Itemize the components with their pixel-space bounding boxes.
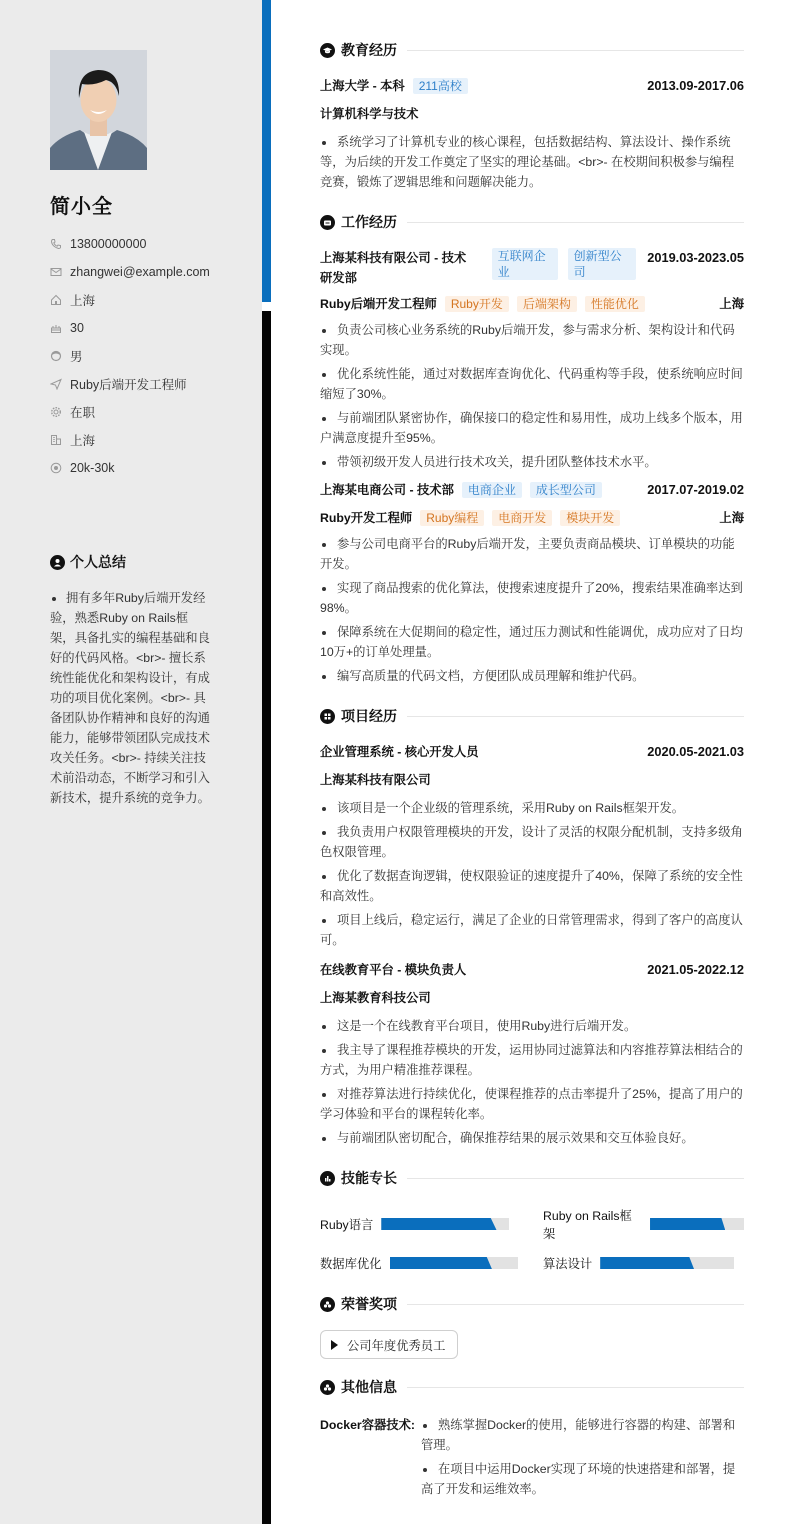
projects-section-title: 项目经历: [320, 702, 744, 730]
info-salary: 20k-30k: [50, 454, 210, 482]
skill-tag: 后端架构: [517, 296, 577, 312]
skill-item: Ruby on Rails框架: [543, 1206, 744, 1242]
project-item: 企业管理系统 - 核心开发人员 2020.05-2021.03 上海某科技有限公…: [320, 742, 744, 950]
company-name: 上海某电商公司 - 技术部: [320, 483, 454, 497]
section-divider: [407, 50, 744, 51]
work-section-title: 工作经历: [320, 208, 744, 236]
list-item: 参与公司电商平台的Ruby后端开发，主要负责商品模块、订单模块的功能开发。: [320, 534, 744, 574]
section-divider: [407, 716, 744, 717]
summary-section-title: 个人总结: [50, 552, 126, 572]
list-item: 我负责用户权限管理模块的开发，设计了灵活的权限分配机制，支持多级角色权限管理。: [320, 822, 744, 862]
project-date: 2020.05-2021.03: [647, 742, 744, 762]
contact-info-list: 13800000000 zhangwei@example.com 上海 30 男…: [50, 230, 210, 482]
user-icon: [50, 555, 65, 570]
other-item-label: Docker容器技术:: [320, 1415, 415, 1503]
bullet-dot: [52, 597, 56, 601]
other-item: Docker容器技术: 熟练掌握Docker的使用，能够进行容器的构建、部署和管…: [320, 1415, 744, 1503]
skill-item: 数据库优化: [320, 1254, 521, 1272]
project-name: 在线教育平台 - 模块负责人: [320, 960, 466, 980]
section-divider: [407, 1387, 744, 1388]
skill-tag: Ruby开发: [445, 296, 509, 312]
work-item: 上海某电商公司 - 技术部电商企业成长型公司 2017.07-2019.02 R…: [320, 482, 744, 686]
list-item: 对推荐算法进行持续优化，使课程推荐的点击率提升了25%，提高了用户的学习体验和平…: [320, 1084, 744, 1124]
play-triangle-icon: [331, 1340, 338, 1350]
list-item: 编写高质量的代码文档，方便团队成员理解和维护代码。: [320, 666, 744, 686]
project-bullets: 该项目是一个企业级的管理系统，采用Ruby on Rails框架开发。 我负责用…: [320, 798, 744, 950]
age-icon: [50, 322, 62, 334]
info-phone: 13800000000: [50, 230, 210, 258]
skill-bar: [381, 1218, 509, 1230]
skills-grid: Ruby语言 Ruby on Rails框架 数据库优化 算法设计: [320, 1206, 744, 1272]
section-divider: [407, 1304, 744, 1305]
candidate-name: 简小全: [50, 190, 113, 219]
list-item: 这是一个在线教育平台项目，使用Ruby进行后端开发。: [320, 1016, 744, 1036]
send-icon: [50, 378, 62, 390]
accent-bar: [262, 0, 271, 302]
list-item: 系统学习了计算机专业的核心课程，包括数据结构、算法设计、操作系统等，为后续的开发…: [320, 132, 744, 192]
list-item: 带领初级开发人员进行技术攻关，提升团队整体技术水平。: [320, 452, 744, 472]
skill-item: Ruby语言: [320, 1206, 521, 1242]
info-city: 上海: [50, 426, 210, 454]
list-item: 与前端团队密切配合，确保推荐结果的展示效果和交互体验良好。: [320, 1128, 744, 1148]
education-section-title: 教育经历: [320, 36, 744, 64]
job-location: 上海: [719, 296, 744, 312]
skill-bar: [390, 1257, 518, 1269]
project-bullets: 这是一个在线教育平台项目，使用Ruby进行后端开发。 我主导了课程推荐模块的开发…: [320, 1016, 744, 1148]
list-item: 熟练掌握Docker的使用，能够进行容器的构建、部署和管理。: [421, 1415, 744, 1455]
salary-icon: [50, 462, 62, 474]
skill-bar: [650, 1218, 744, 1230]
education-item: 上海大学 - 本科211高校 2013.09-2017.06 计算机科学与技术 …: [320, 76, 744, 192]
work-bullets: 负责公司核心业务系统的Ruby后端开发，参与需求分析、架构设计和代码实现。 优化…: [320, 320, 744, 472]
divider-bar: [262, 311, 271, 1524]
info-icon: [320, 1380, 335, 1395]
skill-tag: 模块开发: [560, 510, 620, 526]
section-divider: [407, 222, 744, 223]
project-date: 2021.05-2022.12: [647, 960, 744, 980]
section-divider: [407, 1178, 744, 1179]
list-item: 优化了数据查询逻辑，使权限验证的速度提升了40%，保障了系统的安全性和高效性。: [320, 866, 744, 906]
list-item: 实现了商品搜索的优化算法，使搜索速度提升了20%，搜索结果准确率达到98%。: [320, 578, 744, 618]
work-date: 2019.03-2023.05: [647, 248, 744, 268]
company-tag: 成长型公司: [530, 482, 602, 498]
skill-bar-fill: [381, 1218, 496, 1230]
info-gender: 男: [50, 342, 210, 370]
other-section-title: 其他信息: [320, 1373, 744, 1401]
grid-icon: [320, 709, 335, 724]
skill-bar: [600, 1257, 734, 1269]
list-item: 在项目中运用Docker实现了环境的快速搭建和部署，提高了开发和运维效率。: [421, 1459, 744, 1499]
summary-text: 拥有多年Ruby后端开发经验，熟悉Ruby on Rails框架，具备扎实的编程…: [50, 588, 212, 808]
info-age: 30: [50, 314, 210, 342]
skills-section-title: 技能专长: [320, 1164, 744, 1192]
list-item: 该项目是一个企业级的管理系统，采用Ruby on Rails框架开发。: [320, 798, 744, 818]
skill-tag: Ruby编程: [420, 510, 484, 526]
project-item: 在线教育平台 - 模块负责人 2021.05-2022.12 上海某教育科技公司…: [320, 960, 744, 1148]
skill-bar-fill: [390, 1257, 492, 1269]
info-position: Ruby后端开发工程师: [50, 370, 210, 398]
award-icon: [320, 1297, 335, 1312]
briefcase-icon: [320, 215, 335, 230]
list-item: 负责公司核心业务系统的Ruby后端开发，参与需求分析、架构设计和代码实现。: [320, 320, 744, 360]
main-content: 教育经历 上海大学 - 本科211高校 2013.09-2017.06 计算机科…: [320, 36, 744, 1503]
bar-chart-icon: [320, 1171, 335, 1186]
gender-icon: [50, 350, 62, 362]
education-date: 2013.09-2017.06: [647, 76, 744, 96]
list-item: 我主导了课程推荐模块的开发，运用协同过滤算法和内容推荐算法相结合的方式，为用户精…: [320, 1040, 744, 1080]
skill-bar-fill: [600, 1257, 694, 1269]
work-bullets: 参与公司电商平台的Ruby后端开发，主要负责商品模块、订单模块的功能开发。 实现…: [320, 534, 744, 686]
major: 计算机科学与技术: [320, 104, 744, 124]
work-date: 2017.07-2019.02: [647, 482, 744, 498]
list-item: 项目上线后，稳定运行，满足了企业的日常管理需求，得到了客户的高度认可。: [320, 910, 744, 950]
portrait-photo: [50, 50, 147, 170]
skill-tag: 电商开发: [492, 510, 552, 526]
award-item-toggle[interactable]: 公司年度优秀员工: [320, 1330, 458, 1359]
home-icon: [50, 294, 62, 306]
company-tag: 创新型公司: [568, 248, 636, 280]
work-item: 上海某科技有限公司 - 技术研发部 互联网企业 创新型公司 2019.03-20…: [320, 248, 744, 472]
list-item: 保障系统在大促期间的稳定性，通过压力测试和性能调优，成功应对了日均10万+的订单…: [320, 622, 744, 662]
mail-icon: [50, 266, 62, 278]
skill-tag: 性能优化: [585, 296, 645, 312]
info-status: 在职: [50, 398, 210, 426]
skill-item: 算法设计: [543, 1254, 744, 1272]
company-tag: 互联网企业: [492, 248, 558, 280]
school-tag: 211高校: [413, 78, 468, 94]
job-role: Ruby开发工程师: [320, 511, 412, 525]
job-location: 上海: [719, 510, 744, 526]
project-org: 上海某教育科技公司: [320, 988, 744, 1008]
graduation-cap-icon: [320, 43, 335, 58]
project-name: 企业管理系统 - 核心开发人员: [320, 742, 479, 762]
phone-icon: [50, 238, 62, 250]
project-org: 上海某科技有限公司: [320, 770, 744, 790]
info-email: zhangwei@example.com: [50, 258, 210, 286]
building-icon: [50, 434, 62, 446]
skill-bar-fill: [650, 1218, 725, 1230]
info-location: 上海: [50, 286, 210, 314]
avatar: [50, 50, 147, 170]
gear-icon: [50, 406, 62, 418]
company-name: 上海某科技有限公司 - 技术研发部: [320, 248, 470, 288]
list-item: 优化系统性能，通过对数据库查询优化、代码重构等手段，使系统响应时间缩短了30%。: [320, 364, 744, 404]
other-bullets: 熟练掌握Docker的使用，能够进行容器的构建、部署和管理。 在项目中运用Doc…: [421, 1415, 744, 1503]
awards-section-title: 荣誉奖项: [320, 1290, 744, 1318]
company-tag: 电商企业: [462, 482, 522, 498]
job-role: Ruby后端开发工程师: [320, 297, 437, 311]
education-bullets: 系统学习了计算机专业的核心课程，包括数据结构、算法设计、操作系统等，为后续的开发…: [320, 132, 744, 192]
list-item: 与前端团队紧密协作，确保接口的稳定性和易用性，成功上线多个版本，用户满意度提升至…: [320, 408, 744, 448]
